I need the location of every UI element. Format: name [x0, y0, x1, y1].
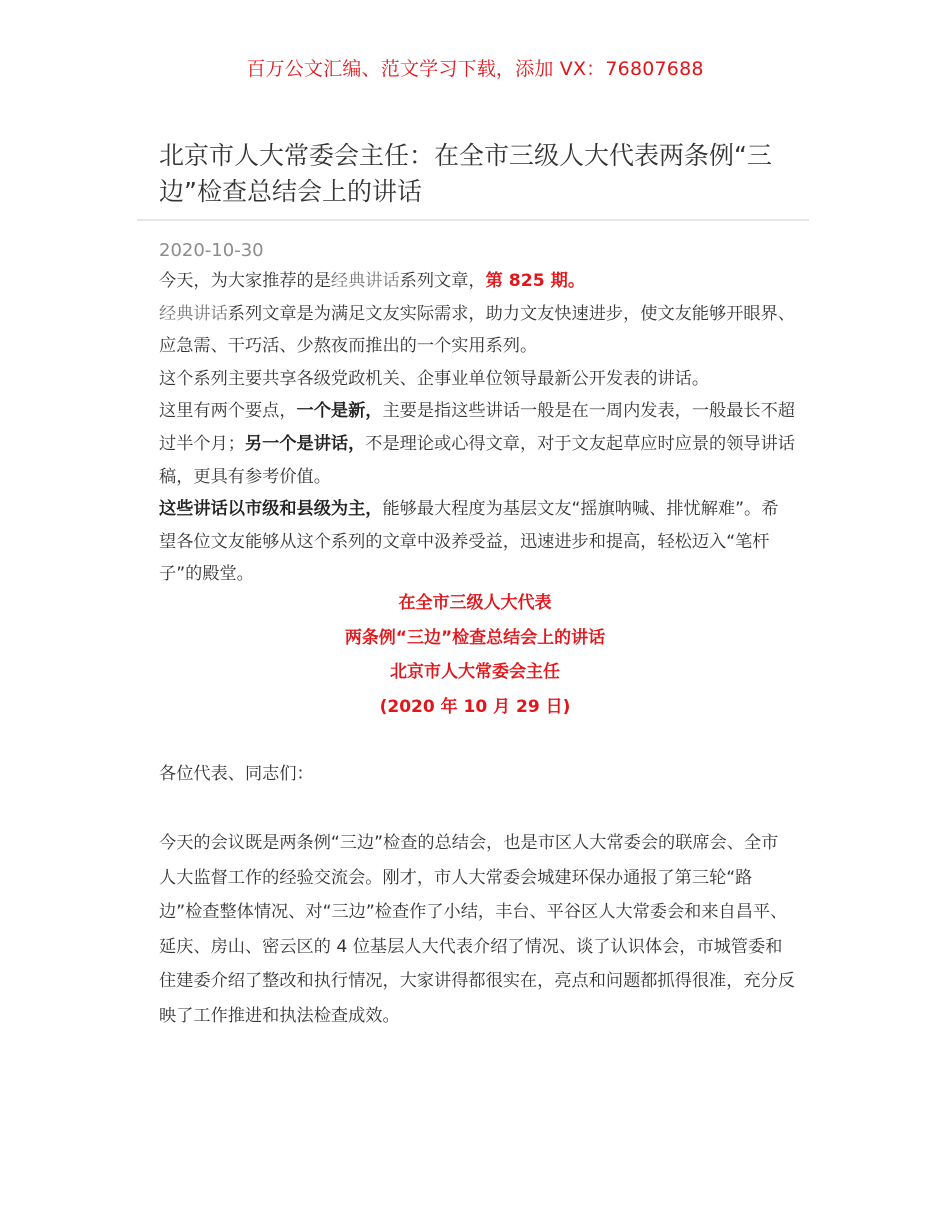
key-point-new: 一个是新， — [297, 401, 383, 421]
speech-title-line-2: 两条例“三边”检查总结会上的讲话 — [0, 621, 950, 656]
series-name: 经典讲话 — [159, 304, 228, 324]
speech-paragraph-1: 今天的会议既是两条例“三边”检查的总结会，也是市区人大常委会的联席会、全市人大监… — [159, 826, 795, 1034]
series-intro: 今天，为大家推荐的是经典讲话系列文章，第 825 期。 经典讲话系列文章是为满足… — [159, 265, 795, 591]
speech-heading: 在全市三级人大代表 两条例“三边”检查总结会上的讲话 北京市人大常委会主任 (2… — [0, 586, 950, 724]
issue-number: 第 825 期。 — [486, 271, 585, 291]
publish-date: 2020-10-30 — [159, 239, 264, 263]
intro-paragraph-5: 这些讲话以市级和县级为主，能够最大程度为基层文友“摇旗呐喊、排忧解难”。希望各位… — [159, 493, 795, 591]
article-title: 北京市人大常委会主任：在全市三级人大代表两条例“三边”检查总结会上的讲话 — [159, 138, 779, 210]
speech-date: (2020 年 10 月 29 日) — [0, 690, 950, 725]
intro-text: 今天，为大家推荐的是 — [159, 271, 331, 291]
intro-paragraph-3: 这个系列主要共享各级党政机关、企事业单位领导最新公开发表的讲话。 — [159, 363, 795, 396]
title-divider — [137, 219, 809, 221]
intro-text: 系列文章是为满足文友实际需求，助力文友快速进步，使文友能够开眼界、应急需、干巧活… — [159, 304, 795, 357]
speech-title-line-1: 在全市三级人大代表 — [0, 586, 950, 621]
intro-paragraph-2: 经典讲话系列文章是为满足文友实际需求，助力文友快速进步，使文友能够开眼界、应急需… — [159, 298, 795, 363]
key-point-speech: 另一个是讲话， — [245, 434, 365, 454]
watermark-banner: 百万公文汇编、范文学习下载，添加 VX：76807688 — [0, 56, 950, 82]
key-point-level: 这些讲话以市级和县级为主， — [159, 499, 382, 519]
intro-text: 这里有两个要点， — [159, 401, 297, 421]
speech-speaker: 北京市人大常委会主任 — [0, 655, 950, 690]
intro-paragraph-4: 这里有两个要点，一个是新，主要是指这些讲话一般是在一周内发表，一般最长不超过半个… — [159, 395, 795, 493]
intro-paragraph-1: 今天，为大家推荐的是经典讲话系列文章，第 825 期。 — [159, 265, 795, 298]
speech-salutation: 各位代表、同志们： — [159, 760, 314, 788]
intro-text: 系列文章， — [400, 271, 486, 291]
series-name: 经典讲话 — [331, 271, 400, 291]
